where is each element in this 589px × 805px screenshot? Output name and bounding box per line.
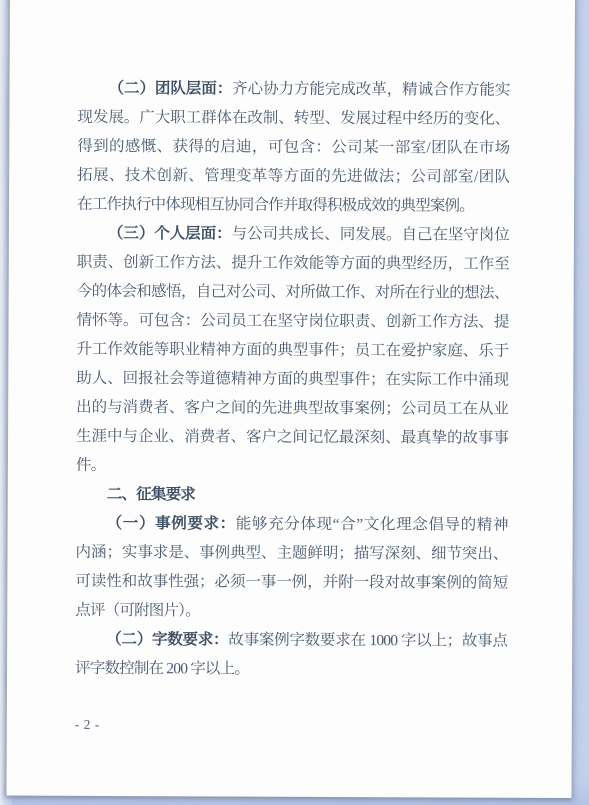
text-line: 职责、创新工作方法、提升工作效能等方面的典型经历，工作至 <box>77 248 509 279</box>
text-run: 拓展、技术创新、管理变革等方面的先进做法；公司部室/团队 <box>77 167 509 186</box>
text-run: 可读性和故事性强；必须一事一例，并附一段对故事案例的简短 <box>75 573 507 592</box>
text-run: 评字数控制在 200 字以上。 <box>75 660 249 678</box>
bold-text-run: （二）字数要求： <box>106 631 228 649</box>
text-run: 助人、回报社会等道德精神方面的典型事件；在实际工作中涌现 <box>76 370 508 389</box>
text-line: 升工作效能等职业精神方面的典型事件；员工在爱护家庭、乐于 <box>76 335 508 366</box>
text-run: 与公司共成长、同发展。自己在坚守岗位 <box>232 226 509 244</box>
text-line: 得到的感慨、获得的启迪，可包含：公司某一部室/团队在市场 <box>77 132 509 163</box>
text-line: 件。 <box>76 451 508 482</box>
text-line: （二）团队层面：齐心协力方能完成改革，精诚合作方能实 <box>78 74 510 105</box>
section-heading: 二、征集要求 <box>76 480 508 511</box>
text-line: 助人、回报社会等道德精神方面的典型事件；在实际工作中涌现 <box>76 364 508 395</box>
text-run: 情怀等。可包含：公司员工在坚守岗位职责、创新工作方法、提 <box>77 312 509 331</box>
text-line: 生涯中与企业、消费者、客户之间记忆最深刻、最真挚的故事事 <box>76 422 508 453</box>
text-line: 在工作执行中体现相互协同合作并取得积极成效的典型案例。 <box>77 190 509 221</box>
text-run: 点评（可附图片）。 <box>75 602 200 620</box>
text-line: 点评（可附图片）。 <box>75 596 507 627</box>
text-run: 升工作效能等职业精神方面的典型事件；员工在爱护家庭、乐于 <box>76 341 508 360</box>
text-line: 出的与消费者、客户之间的先进典型故事案例；公司员工在从业 <box>76 393 508 424</box>
text-run: 出的与消费者、客户之间的先进典型故事案例；公司员工在从业 <box>76 399 508 418</box>
bold-text-run: （二）团队层面： <box>109 80 233 98</box>
text-run: 件。 <box>76 457 105 474</box>
bold-text-run: （一）事例要求： <box>107 515 236 533</box>
text-line: （一）事例要求：能够充分体现“合”文化理念倡导的精神 <box>76 509 508 540</box>
text-line: 可读性和故事性强；必须一事一例，并附一段对故事案例的简短 <box>75 567 507 598</box>
text-line: 评字数控制在 200 字以上。 <box>75 654 507 685</box>
text-run: 职责、创新工作方法、提升工作效能等方面的典型经历，工作至 <box>77 254 509 273</box>
bold-text-run: （三）个人层面： <box>108 225 232 243</box>
text-run: 能够充分体现“合”文化理念倡导的精神 <box>236 516 508 534</box>
text-run: 得到的感慨、获得的启迪，可包含：公司某一部室/团队在市场 <box>77 138 509 157</box>
text-run: 现发展。广大职工群体在改制、转型、发展过程中经历的变化、 <box>77 109 509 128</box>
text-run: 今的体会和感悟，自己对公司、对所做工作、对所在行业的想法、 <box>77 283 509 302</box>
text-run: 内涵；实事求是、事例典型、主题鲜明；描写深刻、细节突出、 <box>76 544 508 563</box>
text-line: （二）字数要求：故事案例字数要求在 1000 字以上；故事点 <box>75 625 507 656</box>
text-line: 情怀等。可包含：公司员工在坚守岗位职责、创新工作方法、提 <box>76 306 508 337</box>
page-number: - 2 - <box>75 717 100 733</box>
text-line: 内涵；实事求是、事例典型、主题鲜明；描写深刻、细节突出、 <box>75 538 507 569</box>
document-text-block: （二）团队层面：齐心协力方能完成改革，精诚合作方能实现发展。广大职工群体在改制、… <box>75 74 510 685</box>
text-line: 现发展。广大职工群体在改制、转型、发展过程中经历的变化、 <box>77 103 509 134</box>
text-run: 生涯中与企业、消费者、客户之间记忆最深刻、最真挚的故事事 <box>76 428 508 447</box>
bold-text-run: 二、征集要求 <box>107 486 195 503</box>
document-page: （二）团队层面：齐心协力方能完成改革，精诚合作方能实现发展。广大职工群体在改制、… <box>4 0 575 798</box>
text-run: 故事案例字数要求在 1000 字以上；故事点 <box>228 632 507 650</box>
text-run: 在工作执行中体现相互协同合作并取得积极成效的典型案例。 <box>77 196 474 215</box>
scanned-document-view: （二）团队层面：齐心协力方能完成改革，精诚合作方能实现发展。广大职工群体在改制、… <box>0 0 589 805</box>
text-line: 今的体会和感悟，自己对公司、对所做工作、对所在行业的想法、 <box>77 277 509 308</box>
text-run: 齐心协力方能完成改革，精诚合作方能实 <box>232 81 509 99</box>
text-line: （三）个人层面：与公司共成长、同发展。自己在坚守岗位 <box>77 219 509 250</box>
text-line: 拓展、技术创新、管理变革等方面的先进做法；公司部室/团队 <box>77 161 509 192</box>
